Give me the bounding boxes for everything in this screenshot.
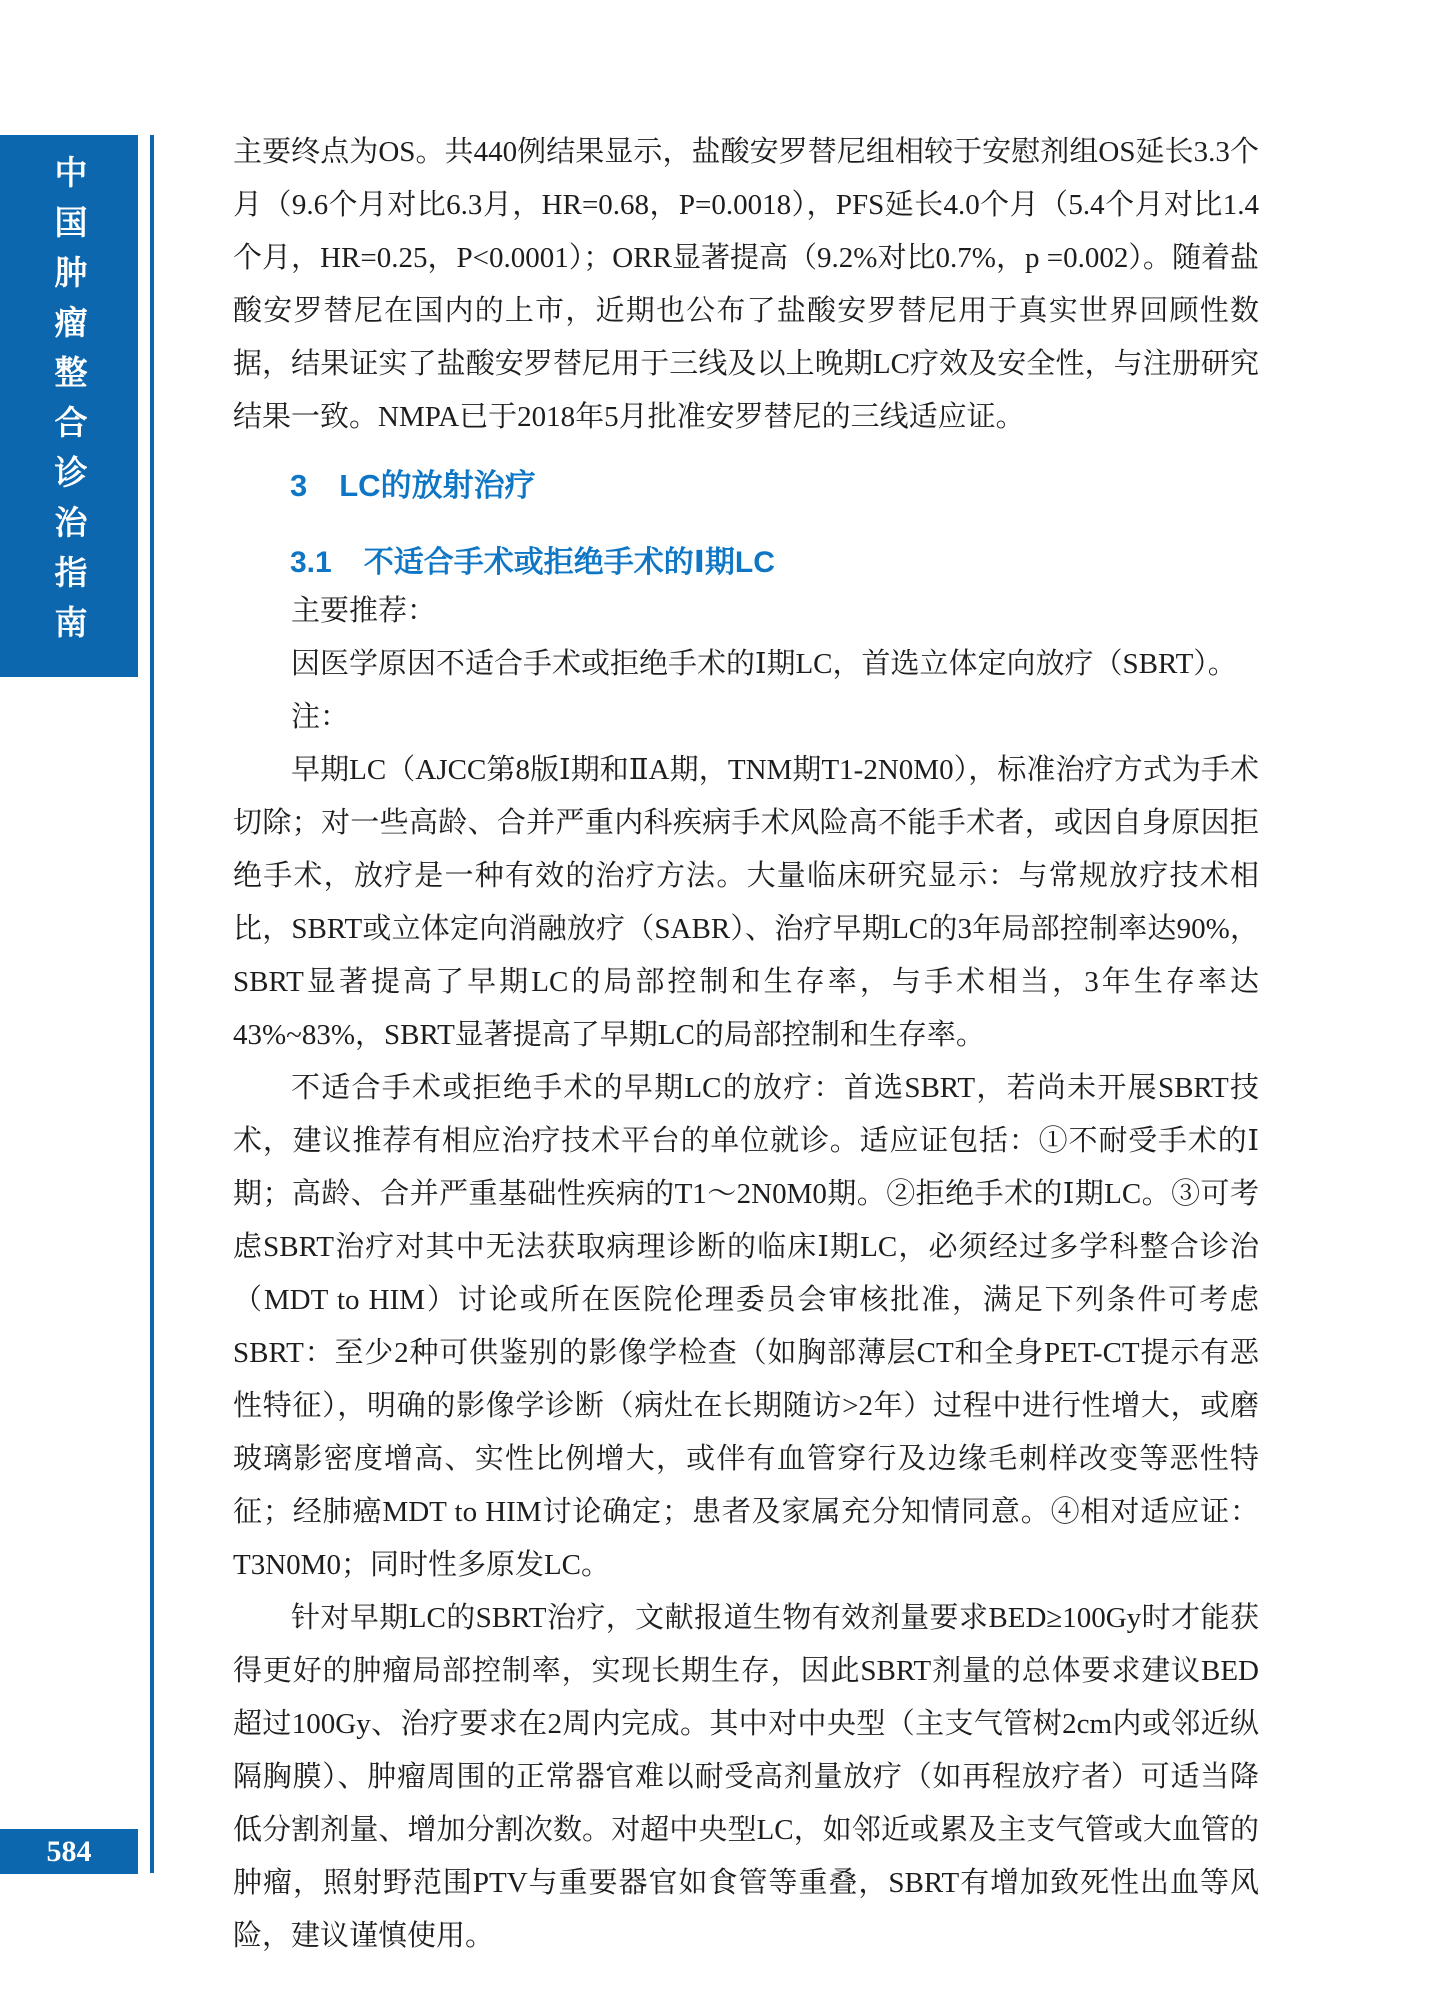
sidebar-book-title: 中国肿瘤整合诊治指南 <box>53 155 86 655</box>
recommendation-paragraph: 因医学原因不适合手术或拒绝手术的Ⅰ期LC，首选立体定向放疗（SBRT）。 <box>233 638 1259 691</box>
section-heading: 3LC的放射治疗 <box>233 464 1259 508</box>
subsection-title: 不适合手术或拒绝手术的Ⅰ期LC <box>364 546 775 579</box>
note-paragraph: 不适合手术或拒绝手术的早期LC的放疗：首选SBRT，若尚未开展SBRT技术，建议… <box>233 1062 1259 1592</box>
book-page: 中国肿瘤整合诊治指南 584 主要终点为OS。共440例结果显示，盐酸安罗替尼组… <box>0 0 1444 2010</box>
sidebar-divider-line <box>150 135 154 1873</box>
note-paragraph: 早期LC（AJCC第8版Ⅰ期和ⅡA期，TNM期T1-2N0M0），标准治疗方式为… <box>233 744 1259 1062</box>
subsection-number: 3.1 <box>290 546 332 579</box>
section-number: 3 <box>290 468 307 503</box>
note-paragraph: 针对早期LC的SBRT治疗，文献报道生物有效剂量要求BED≥100Gy时才能获得… <box>233 1592 1259 1963</box>
intro-paragraph: 主要终点为OS。共440例结果显示，盐酸安罗替尼组相较于安慰剂组OS延长3.3个… <box>233 126 1259 444</box>
sidebar-title-box: 中国肿瘤整合诊治指南 <box>0 135 138 677</box>
note-label: 注： <box>233 691 1259 744</box>
section-title: LC的放射治疗 <box>339 468 535 503</box>
subsection-heading: 3.1不适合手术或拒绝手术的Ⅰ期LC <box>233 541 1259 585</box>
recommendation-label: 主要推荐： <box>233 585 1259 638</box>
main-content: 主要终点为OS。共440例结果显示，盐酸安罗替尼组相较于安慰剂组OS延长3.3个… <box>233 126 1259 1963</box>
page-number-badge: 584 <box>0 1829 138 1874</box>
page-number: 584 <box>47 1837 92 1867</box>
